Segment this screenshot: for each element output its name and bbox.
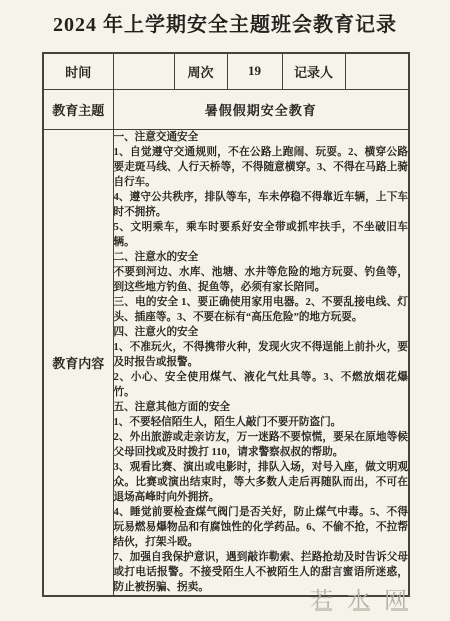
content-paragraph: 1、自觉遵守交通规则，不在公路上跑闹、玩耍。2、横穿公路要走斑马线、人行天桥等，… (114, 145, 409, 190)
watermark-subtext (315, 608, 408, 611)
content-paragraph: 三、电的安全 1、要正确使用家用电器。2、不要乱接电线、灯头、插座等。3、不要在… (114, 295, 409, 325)
content-paragraph: 四、注意火的安全 (114, 325, 409, 340)
content-paragraph: 2、小心、安全使用煤气、液化气灶具等。3、不燃放烟花爆竹。 (114, 370, 409, 400)
week-label: 周次 (174, 53, 227, 89)
table-row: 时间 周次 19 记录人 (43, 53, 409, 89)
watermark-mark (315, 608, 332, 611)
table-row: 教育主题 暑假假期安全教育 (43, 89, 409, 129)
content-paragraph: 1、不要轻信陌生人，陌生人敲门不要开防盗门。 (114, 415, 409, 430)
time-value (113, 53, 174, 89)
content-paragraph: 一、注意交通安全 (114, 130, 409, 145)
content-paragraph: 二、注意水的安全 (114, 250, 409, 265)
theme-value: 暑假假期安全教育 (113, 89, 409, 129)
watermark-mark (353, 608, 370, 611)
page-title: 2024 年上学期安全主题班会教育记录 (0, 8, 450, 37)
recorder-label: 记录人 (282, 53, 345, 89)
content-paragraph: 1、不准玩火，不得携带火种，发现火灾不得逞能上前扑火，要及时报告或报警。 (114, 340, 409, 370)
recorder-value (345, 53, 409, 89)
content-paragraph: 五、注意其他方面的安全 (114, 400, 409, 415)
content-cell: 一、注意交通安全1、自觉遵守交通规则，不在公路上跑闹、玩耍。2、横穿公路要走斑马… (113, 129, 409, 596)
content-paragraph: 不要到河边、水库、池塘、水井等危险的地方玩耍、钓鱼等，到这些地方钓鱼、捉鱼等，必… (114, 265, 409, 295)
content-paragraph: 2、外出旅游或走亲访友，万一迷路不要惊慌，要呆在原地等候父母回找或及时拨打 11… (114, 430, 409, 460)
table-row: 教育内容 一、注意交通安全1、自觉遵守交通规则，不在公路上跑闹、玩耍。2、横穿公… (43, 129, 409, 596)
record-table: 时间 周次 19 记录人 教育主题 暑假假期安全教育 教育内容 一、注意交通安全… (42, 52, 410, 597)
document-page: 2024 年上学期安全主题班会教育记录 时间 周次 19 记录人 教育主题 暑假… (0, 0, 450, 621)
watermark-mark (391, 608, 408, 611)
time-label: 时间 (43, 53, 113, 89)
content-paragraph: 3、观看比赛、演出或电影时，排队入场，对号入座，做文明观众。比赛或演出结束时，等… (114, 460, 409, 505)
content-label: 教育内容 (43, 129, 113, 596)
theme-label: 教育主题 (43, 89, 113, 129)
content-paragraph: 4、睡觉前要检查煤气阀门是否关好，防止煤气中毒。5、不得玩易燃易爆物品和有腐蚀性… (114, 505, 409, 550)
content-paragraph: 4、遵守公共秩序，排队等车，车未停稳不得靠近车辆，上下车时不拥挤。 (114, 190, 409, 220)
content-paragraph: 5、文明乘车，乘车时要系好安全带或抓牢扶手，不坐破旧车辆。 (114, 220, 409, 250)
week-value: 19 (227, 53, 282, 89)
